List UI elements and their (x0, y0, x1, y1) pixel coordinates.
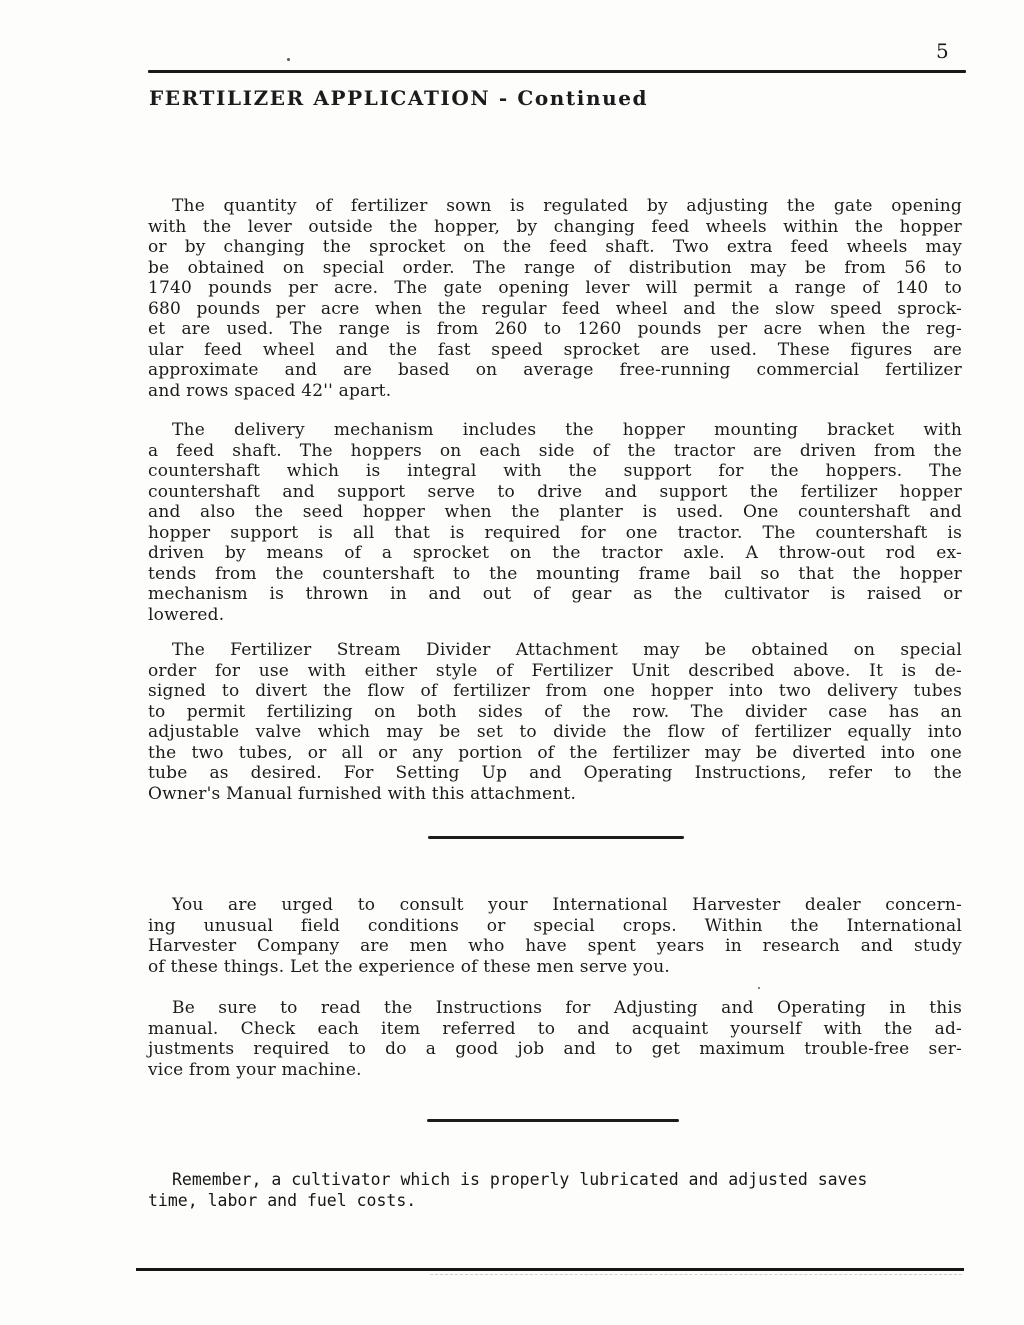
text-line: countershaft and support serve to drive … (148, 482, 962, 503)
text-line: You are urged to consult your Internatio… (148, 895, 962, 916)
scan-artifact-dot (758, 987, 760, 989)
manual-page: 5 FERTILIZER APPLICATION - Continued The… (0, 0, 1024, 1325)
footer-rule (136, 1268, 964, 1271)
text-line: ular feed wheel and the fast speed sproc… (148, 340, 962, 361)
text-line: of these things. Let the experience of t… (148, 957, 962, 978)
paragraph-read-instructions: Be sure to read the Instructions for Adj… (148, 998, 962, 1080)
paragraph-delivery-mechanism: The delivery mechanism includes the hopp… (148, 420, 962, 625)
text-line: Be sure to read the Instructions for Adj… (148, 998, 962, 1019)
paragraph-stream-divider: The Fertilizer Stream Divider Attachment… (148, 640, 962, 804)
text-line: Harvester Company are men who have spent… (148, 936, 962, 957)
text-line: countershaft which is integral with the … (148, 461, 962, 482)
text-line: et are used. The range is from 260 to 12… (148, 319, 962, 340)
paragraph-quantity-regulation: The quantity of fertilizer sown is regul… (148, 196, 962, 401)
text-line: The delivery mechanism includes the hopp… (148, 420, 962, 441)
text-line: the two tubes, or all or any portion of … (148, 743, 962, 764)
paragraph-remember-note: Remember, a cultivator which is properly… (148, 1169, 988, 1211)
text-line: be obtained on special order. The range … (148, 258, 962, 279)
text-line: a feed shaft. The hoppers on each side o… (148, 441, 962, 462)
text-line: Remember, a cultivator which is properly… (148, 1169, 988, 1190)
text-line: to permit fertilizing on both sides of t… (148, 702, 962, 723)
section-divider (427, 1119, 679, 1122)
text-line: time, labor and fuel costs. (148, 1190, 988, 1211)
text-line: approximate and are based on average fre… (148, 360, 962, 381)
scan-artifact-dashes (430, 1274, 962, 1275)
text-line: signed to divert the flow of fertilizer … (148, 681, 962, 702)
paragraph-dealer-advice: You are urged to consult your Internatio… (148, 895, 962, 977)
text-line: or by changing the sprocket on the feed … (148, 237, 962, 258)
section-divider (428, 836, 684, 839)
text-line: lowered. (148, 605, 962, 626)
text-line: manual. Check each item referred to and … (148, 1019, 962, 1040)
text-line: The quantity of fertilizer sown is regul… (148, 196, 962, 217)
text-line: vice from your machine. (148, 1060, 962, 1081)
text-line: driven by means of a sprocket on the tra… (148, 543, 962, 564)
text-line: 680 pounds per acre when the regular fee… (148, 299, 962, 320)
text-line: The Fertilizer Stream Divider Attachment… (148, 640, 962, 661)
header-rule (148, 70, 966, 73)
text-line: and also the seed hopper when the plante… (148, 502, 962, 523)
text-line: tube as desired. For Setting Up and Oper… (148, 763, 962, 784)
text-line: adjustable valve which may be set to div… (148, 722, 962, 743)
text-line: mechanism is thrown in and out of gear a… (148, 584, 962, 605)
text-line: hopper support is all that is required f… (148, 523, 962, 544)
scan-artifact-dot (287, 58, 290, 61)
text-line: with the lever outside the hopper, by ch… (148, 217, 962, 238)
text-line: order for use with either style of Ferti… (148, 661, 962, 682)
text-line: tends from the countershaft to the mount… (148, 564, 962, 585)
text-line: ing unusual field conditions or special … (148, 916, 962, 937)
text-line: and rows spaced 42'' apart. (148, 381, 962, 402)
text-line: 1740 pounds per acre. The gate opening l… (148, 278, 962, 299)
section-title: FERTILIZER APPLICATION - Continued (149, 86, 648, 110)
text-line: justments required to do a good job and … (148, 1039, 962, 1060)
page-number: 5 (936, 39, 949, 63)
text-line: Owner's Manual furnished with this attac… (148, 784, 962, 805)
